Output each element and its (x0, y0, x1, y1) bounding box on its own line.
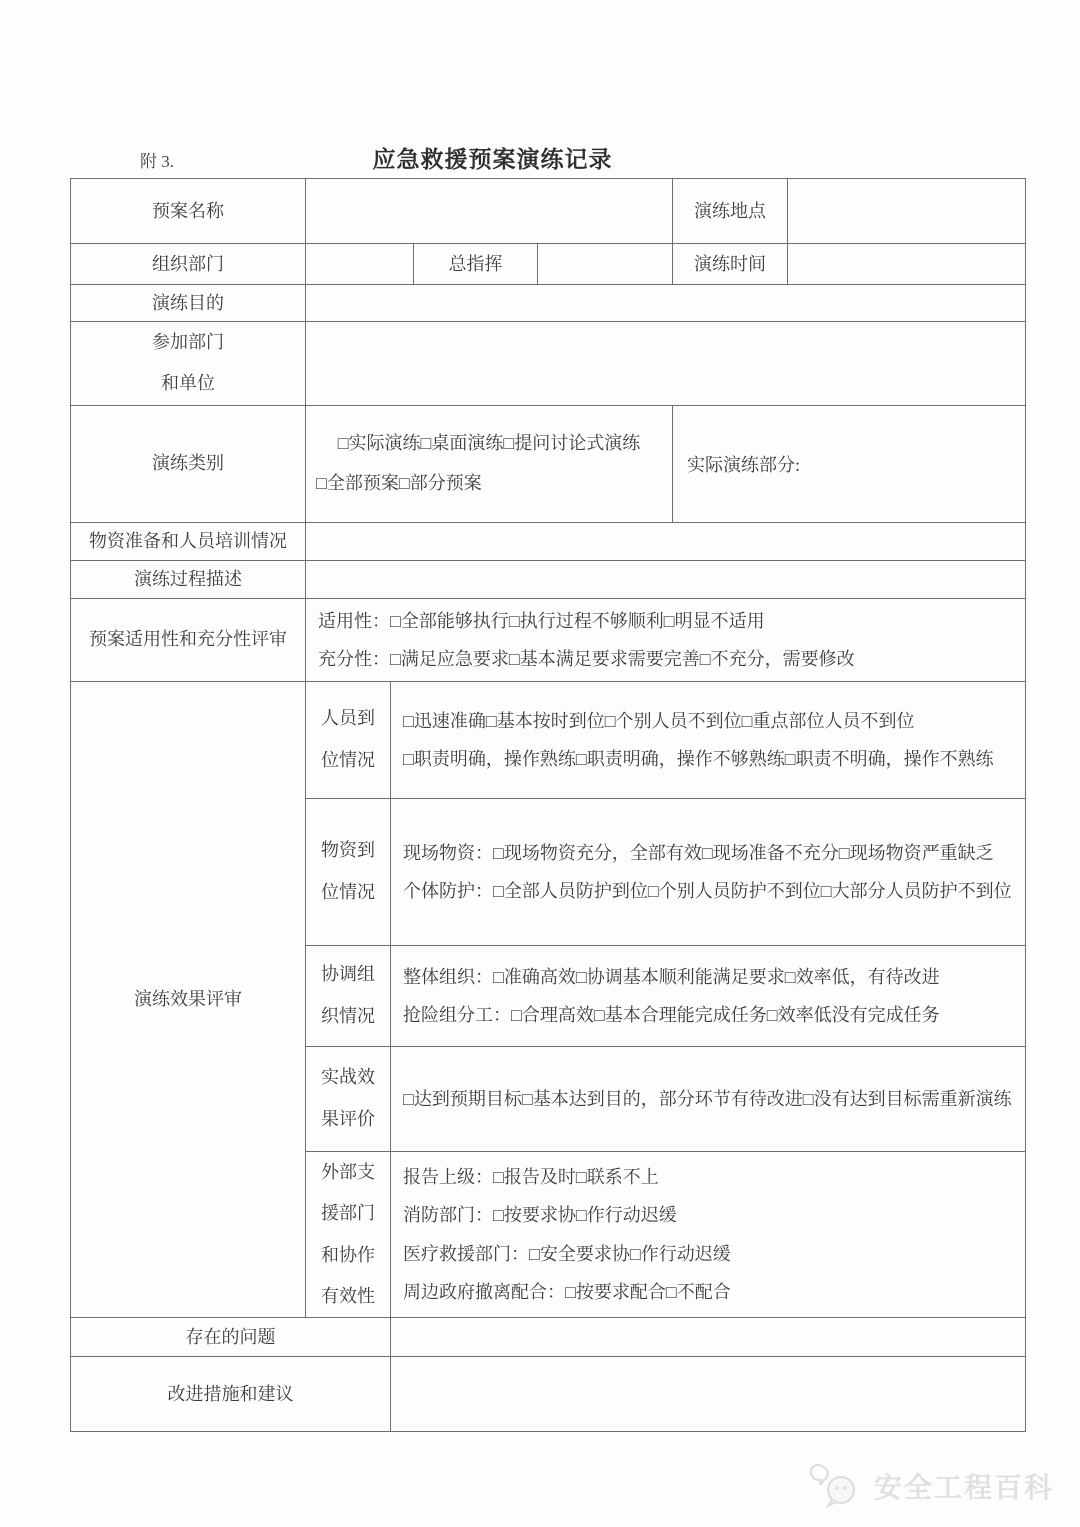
drill-type-options-line2: □全部预案□部分预案 (316, 464, 662, 504)
attachment-number: 附 3. (140, 147, 174, 172)
drill-time-label: 演练时间 (673, 244, 788, 285)
external-support-sublabel: 外部支 援部门 和协作 有效性 (306, 1151, 391, 1318)
applicability-label: 预案适用性和充分性评审 (71, 598, 306, 681)
row-org-dept: 组织部门 总指挥 演练时间 (71, 244, 1026, 285)
drill-location-value-cell (788, 179, 1026, 244)
row-drill-purpose: 演练目的 (71, 285, 1026, 322)
row-participants: 参加部门 和单位 (71, 322, 1026, 406)
plan-name-label: 预案名称 (71, 179, 306, 244)
row-problems: 存在的问题 (71, 1318, 1026, 1357)
external-support-options: 报告上级：□报告及时□联系不上 消防部门：□按要求协□作行动迟缓 医疗救援部门：… (391, 1151, 1026, 1318)
material-training-value-cell (306, 522, 1026, 560)
drill-type-label: 演练类别 (71, 405, 306, 522)
problems-value-cell (391, 1318, 1026, 1357)
process-desc-label: 演练过程描述 (71, 560, 306, 598)
org-dept-value-cell (306, 244, 414, 285)
row-effect-personnel: 演练效果评审 人员到 位情况 □迅速准确□基本按时到位□个别人员不到位□重点部位… (71, 681, 1026, 798)
coordination-sublabel: 协调组 织情况 (306, 945, 391, 1046)
org-dept-label: 组织部门 (71, 244, 306, 285)
drill-purpose-label: 演练目的 (71, 285, 306, 322)
personnel-sublabel: 人员到 位情况 (306, 681, 391, 798)
problems-label: 存在的问题 (71, 1318, 391, 1357)
drill-record-table: 预案名称 演练地点 组织部门 总指挥 演练时间 演练目的 参加部门 和单位 演练… (70, 178, 1026, 1432)
practical-options: □达到预期目标□基本达到目的，部分环节有待改进□没有达到目标需重新演练 (391, 1046, 1026, 1151)
chief-commander-value-cell (538, 244, 673, 285)
applicability-options: 适用性：□全部能够执行□执行过程不够顺利□明显不适用 充分性：□满足应急要求□基… (306, 598, 1026, 681)
chief-commander-label: 总指挥 (414, 244, 538, 285)
practical-sublabel: 实战效 果评价 (306, 1046, 391, 1151)
material-options: 现场物资：□现场物资充分，全部有效□现场准备不充分□现场物资严重缺乏 个体防护：… (391, 798, 1026, 945)
watermark-text: 安全工程百科 (874, 1466, 1054, 1506)
row-plan-name: 预案名称 演练地点 (71, 179, 1026, 244)
drill-type-options-cell: □实际演练□桌面演练□提问讨论式演练 □全部预案□部分预案 (306, 405, 673, 522)
drill-type-options-line1: □实际演练□桌面演练□提问讨论式演练 (316, 424, 662, 464)
participants-label: 参加部门 和单位 (71, 322, 306, 406)
improvements-label: 改进措施和建议 (71, 1357, 391, 1432)
drill-purpose-value-cell (306, 285, 1026, 322)
site-watermark: 安全工程百科 (808, 1458, 1054, 1514)
row-applicability: 预案适用性和充分性评审 适用性：□全部能够执行□执行过程不够顺利□明显不适用 充… (71, 598, 1026, 681)
plan-name-value-cell (306, 179, 673, 244)
row-material-training: 物资准备和人员培训情况 (71, 522, 1026, 560)
drill-time-value-cell (788, 244, 1026, 285)
row-process-desc: 演练过程描述 (71, 560, 1026, 598)
material-training-label: 物资准备和人员培训情况 (71, 522, 306, 560)
improvements-value-cell (391, 1357, 1026, 1432)
actual-drill-part-label: 实际演练部分: (673, 405, 1026, 522)
coordination-options: 整体组织：□准确高效□协调基本顺利能满足要求□效率低，有待改进 抢险组分工：□合… (391, 945, 1026, 1046)
participants-value-cell (306, 322, 1026, 406)
process-desc-value-cell (306, 560, 1026, 598)
page-title: 应急救援预案演练记录 (300, 141, 685, 174)
row-drill-type: 演练类别 □实际演练□桌面演练□提问讨论式演练 □全部预案□部分预案 实际演练部… (71, 405, 1026, 522)
drill-location-label: 演练地点 (673, 179, 788, 244)
material-sublabel: 物资到 位情况 (306, 798, 391, 945)
row-improvements: 改进措施和建议 (71, 1357, 1026, 1432)
chat-bubbles-logo-icon (808, 1462, 866, 1510)
personnel-options: □迅速准确□基本按时到位□个别人员不到位□重点部位人员不到位 □职责明确，操作熟… (391, 681, 1026, 798)
effect-review-label: 演练效果评审 (71, 681, 306, 1318)
